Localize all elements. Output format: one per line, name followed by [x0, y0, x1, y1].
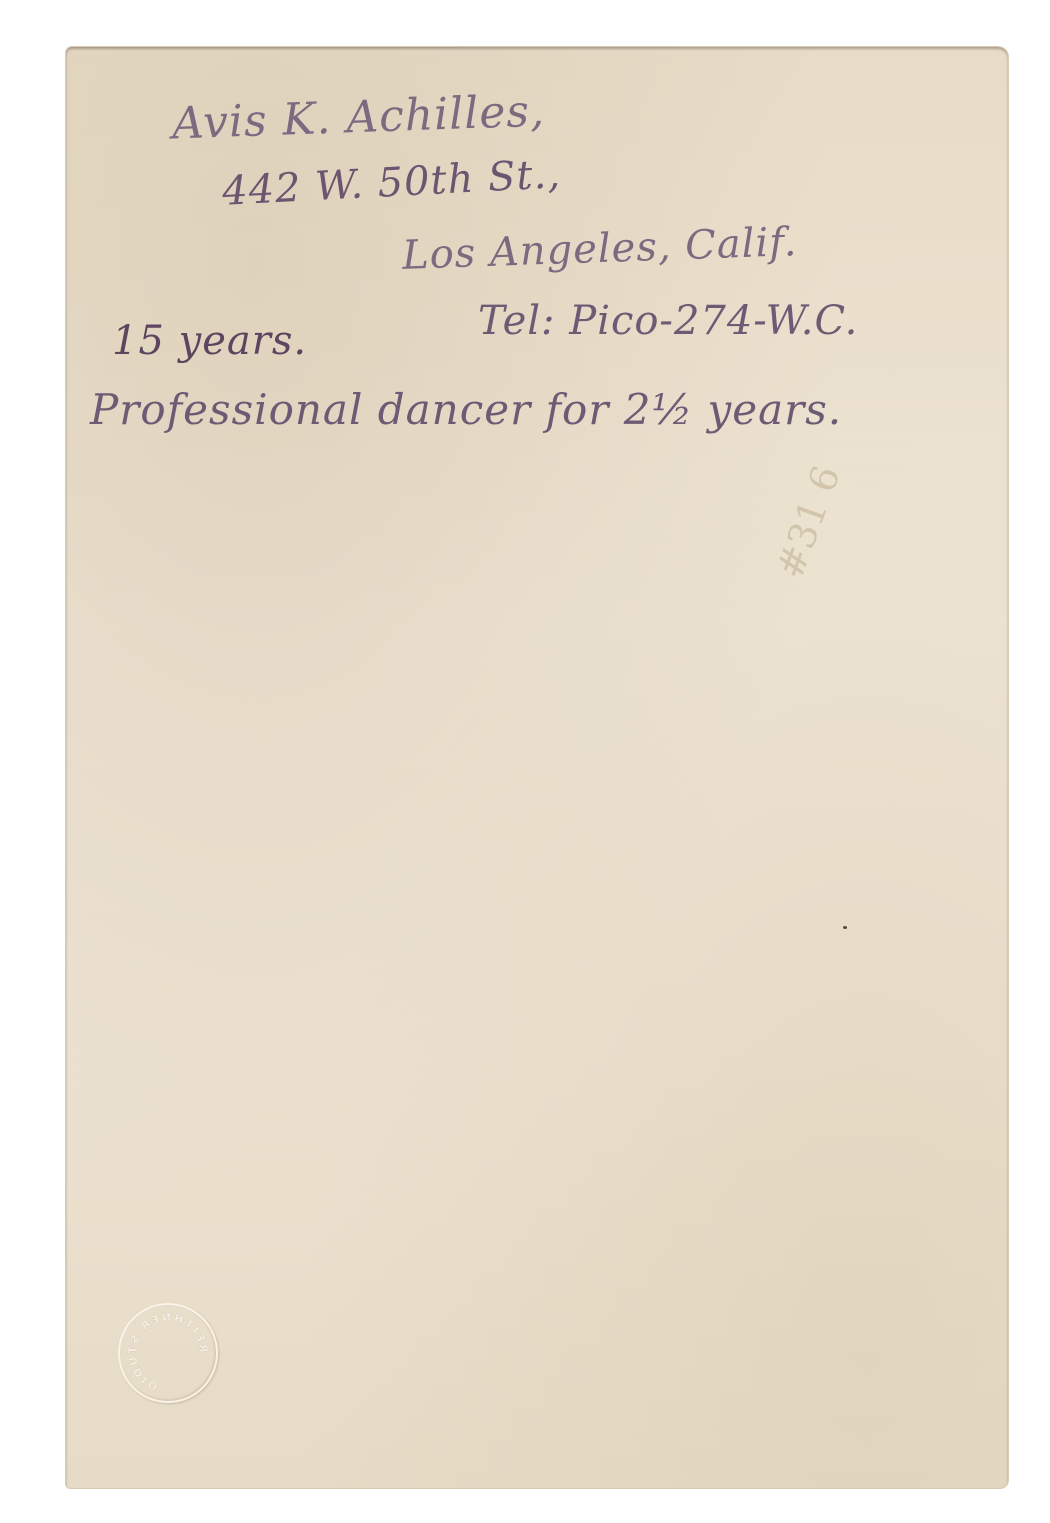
handwritten-age: 15 years.: [112, 318, 307, 364]
svg-text:REITHNER STUDIO: REITHNER STUDIO: [126, 1311, 210, 1394]
embossed-seal-icon: REITHNER STUDIO: [120, 1305, 216, 1401]
embossed-studio-stamp: REITHNER STUDIO: [118, 1303, 218, 1403]
handwritten-experience: Professional dancer for 2½ years.: [90, 385, 842, 434]
ink-speck: [843, 926, 847, 929]
stamp-text: REITHNER STUDIO: [126, 1311, 210, 1394]
handwritten-phone: Tel: Pico-274-W.C.: [478, 298, 858, 344]
